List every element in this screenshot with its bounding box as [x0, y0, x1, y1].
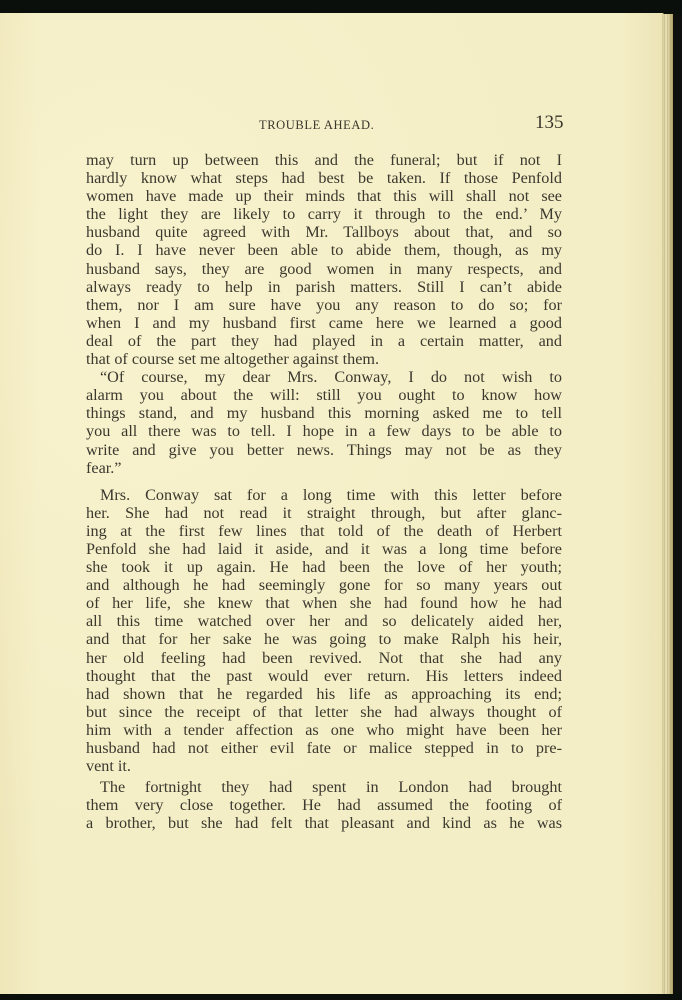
text-line: and although he had seemingly gone for s…	[86, 576, 562, 594]
page-fore-edge-texture	[664, 14, 673, 994]
scan-bottom-border	[0, 994, 682, 1000]
text-line: that of course set me altogether against…	[86, 350, 562, 368]
book-scan: TROUBLE AHEAD. 135 may turn up between t…	[0, 0, 682, 1000]
text-line: The fortnight they had spent in London h…	[86, 778, 562, 796]
text-line: but since the receipt of that letter she…	[86, 703, 562, 721]
text-line: her old feeling had been revived. Not th…	[86, 649, 562, 667]
text-line: of her life, she knew that when she had …	[86, 594, 562, 612]
text-line: thought that the past would ever return.…	[86, 667, 562, 685]
text-line: the light they are likely to carry it th…	[86, 205, 562, 223]
text-line: hardly know what steps had best be taken…	[86, 169, 562, 187]
text-line: vent it.	[86, 757, 562, 775]
text-line: Penfold she had laid it aside, and it wa…	[86, 540, 562, 558]
text-line: “Of course, my dear Mrs. Conway, I do no…	[86, 368, 562, 386]
text-line: may turn up between this and the funeral…	[86, 151, 562, 169]
text-line: things stand, and my husband this mornin…	[86, 404, 562, 422]
text-line: them, nor I am sure have you any reason …	[86, 296, 562, 314]
running-head: TROUBLE AHEAD. 135	[0, 112, 682, 136]
text-line: a brother, but she had felt that pleasan…	[86, 814, 562, 832]
text-line: write and give you better news. Things m…	[86, 441, 562, 459]
text-line: women have made up their minds that this…	[86, 187, 562, 205]
text-line: do I. I have never been able to abide th…	[86, 241, 562, 259]
text-line: had shown that he regarded his life as a…	[86, 685, 562, 703]
body-text: may turn up between this and the funeral…	[86, 151, 562, 832]
text-line: alarm you about the will: still you ough…	[86, 386, 562, 404]
text-line: husband had not either evil fate or mali…	[86, 739, 562, 757]
text-line: husband quite agreed with Mr. Tallboys a…	[86, 223, 562, 241]
text-line: all this time watched over her and so de…	[86, 612, 562, 630]
paragraph-2: “Of course, my dear Mrs. Conway, I do no…	[86, 368, 562, 477]
scan-top-border	[0, 0, 682, 14]
text-line: Mrs. Conway sat for a long time with thi…	[86, 486, 562, 504]
text-line: and that for her sake he was going to ma…	[86, 630, 562, 648]
paragraph-4: The fortnight they had spent in London h…	[86, 778, 562, 832]
text-line: deal of the part they had played in a ce…	[86, 332, 562, 350]
text-line: always ready to help in parish matters. …	[86, 278, 562, 296]
text-line: she took it up again. He had been the lo…	[86, 558, 562, 576]
paragraph-3: Mrs. Conway sat for a long time with thi…	[86, 486, 562, 776]
text-line: ing at the first few lines that told of …	[86, 522, 562, 540]
section-gap	[86, 477, 562, 486]
text-line: them very close together. He had assumed…	[86, 796, 562, 814]
text-line: her. She had not read it straight throug…	[86, 504, 562, 522]
text-line: you all there was to tell. I hope in a f…	[86, 422, 562, 440]
text-line: fear.”	[86, 459, 562, 477]
page-number: 135	[535, 112, 564, 134]
paragraph-1: may turn up between this and the funeral…	[86, 151, 562, 368]
running-head-title: TROUBLE AHEAD.	[259, 118, 374, 133]
text-line: him with a tender affection as one who m…	[86, 721, 562, 739]
text-line: when I and my husband first came here we…	[86, 314, 562, 332]
text-line: husband says, they are good women in man…	[86, 260, 562, 278]
